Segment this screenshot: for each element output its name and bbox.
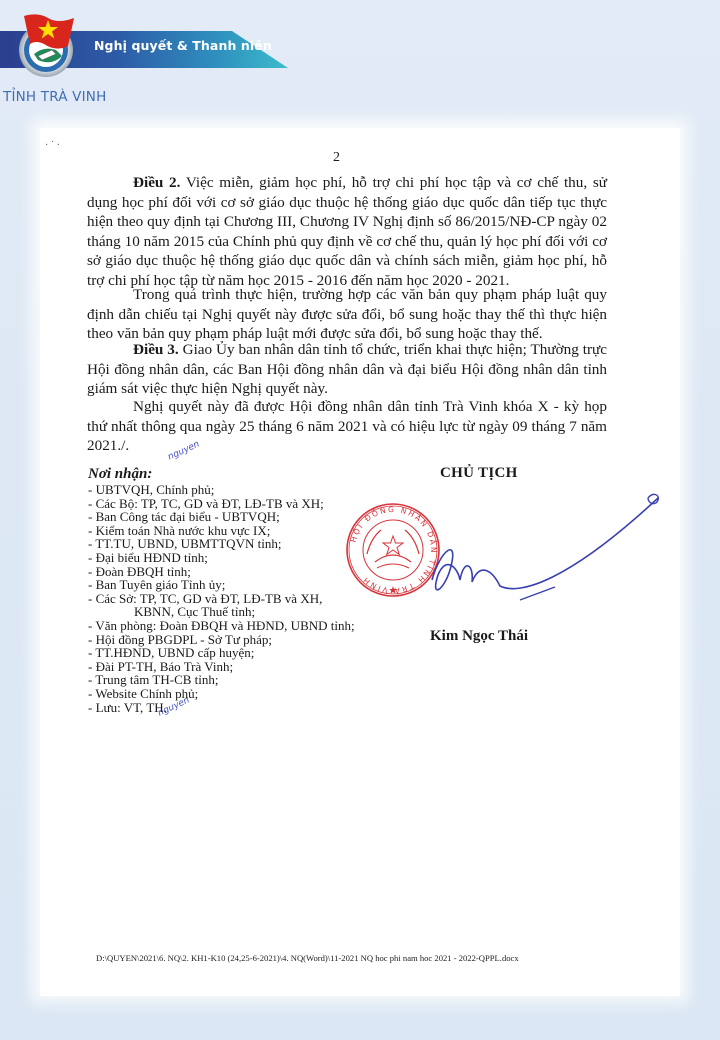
recipient-item: - Trung tâm TH-CB tỉnh; bbox=[88, 673, 355, 687]
page-number: 2 bbox=[333, 150, 340, 166]
recipient-item: - Đoàn ĐBQH tỉnh; bbox=[88, 565, 355, 579]
signature-mark bbox=[420, 480, 670, 610]
recipient-item: - Lưu: VT, TH. bbox=[88, 701, 355, 715]
recipient-item: - Các Sở: TP, TC, GD và ĐT, LĐ-TB và XH, bbox=[88, 592, 355, 606]
article-2-paragraph-2-text: Trong quá trình thực hiện, trường hợp cá… bbox=[87, 286, 607, 342]
recipient-item: - Đại biểu HĐND tỉnh; bbox=[88, 551, 355, 565]
province-label: TỈNH TRÀ VINH bbox=[3, 89, 106, 105]
recipient-item: - Ban Tuyên giáo Tỉnh ủy; bbox=[88, 578, 355, 592]
recipient-item: - TT.TU, UBND, UBMTTQVN tỉnh; bbox=[88, 537, 355, 551]
recipient-item: - UBTVQH, Chính phủ; bbox=[88, 483, 355, 497]
youth-union-emblem-icon bbox=[10, 6, 88, 78]
article-3: Điều 3. Giao Ủy ban nhân dân tỉnh tổ chứ… bbox=[87, 340, 607, 399]
article-2-text: Việc miễn, giảm học phí, hỗ trợ chi phí … bbox=[87, 174, 607, 289]
recipients-title: Nơi nhận: bbox=[88, 466, 355, 482]
closing-paragraph: Nghị quyết này đã được Hội đồng nhân dân… bbox=[87, 397, 607, 456]
recipient-item: - Các Bộ: TP, TC, GD và ĐT, LĐ-TB và XH; bbox=[88, 497, 355, 511]
article-2-paragraph-2: Trong quá trình thực hiện, trường hợp cá… bbox=[87, 285, 607, 344]
recipient-item: KBNN, Cục Thuế tỉnh; bbox=[88, 605, 355, 619]
recipient-item: - Website Chính phủ; bbox=[88, 687, 355, 701]
recipient-item: - Kiểm toán Nhà nước khu vực IX; bbox=[88, 524, 355, 538]
file-path-footer: D:\QUYEN\2021\6. NQ\2. KH1-K10 (24,25-6-… bbox=[96, 953, 519, 963]
brand-header: Nghị quyết & Thanh niên TỈNH TRÀ VINH bbox=[0, 0, 300, 110]
signer-name: Kim Ngọc Thái bbox=[430, 628, 528, 645]
article-2-heading: Điều 2. bbox=[133, 174, 180, 191]
recipient-item: - Hội đồng PBGDPL - Sở Tư pháp; bbox=[88, 633, 355, 647]
scan-specks: · ˙ · bbox=[45, 140, 60, 151]
recipients-list: Nơi nhận: - UBTVQH, Chính phủ; - Các Bộ:… bbox=[88, 466, 355, 714]
banner-title: Nghị quyết & Thanh niên bbox=[94, 38, 272, 53]
closing-text: Nghị quyết này đã được Hội đồng nhân dân… bbox=[87, 398, 607, 454]
article-3-heading: Điều 3. bbox=[133, 341, 179, 358]
recipient-item: - Ban Công tác đại biểu - UBTVQH; bbox=[88, 510, 355, 524]
recipient-item: - TT.HĐND, UBND cấp huyện; bbox=[88, 646, 355, 660]
recipient-item: - Văn phòng: Đoàn ĐBQH và HĐND, UBND tỉn… bbox=[88, 619, 355, 633]
article-2: Điều 2. Việc miễn, giảm học phí, hỗ trợ … bbox=[87, 173, 607, 291]
recipient-item: - Đài PT-TH, Báo Trà Vinh; bbox=[88, 660, 355, 674]
